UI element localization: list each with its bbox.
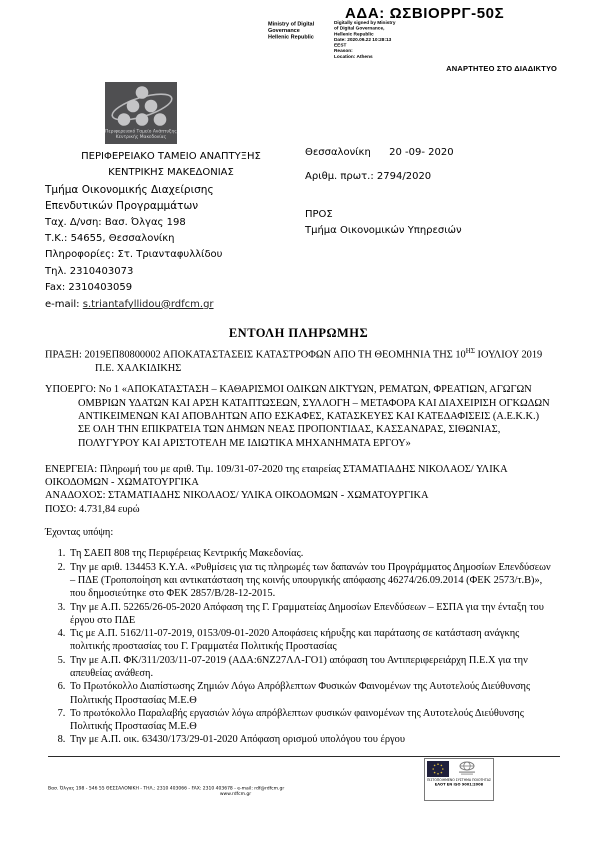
logo-caption-line1: Περιφερειακό Ταμείο Ανάπτυξης <box>105 128 177 135</box>
sender-phone: Τηλ. 2310403073 <box>45 264 297 280</box>
city: Θεσσαλονίκη <box>305 147 371 158</box>
digital-signature-text: Digitally signed by Ministry of Digital … <box>334 20 474 60</box>
praxi-ordinal-superscript: ΗΣ <box>466 347 475 355</box>
org-name-line1: ΠΕΡΙΦΕΡΕΙΑΚΟ ΤΑΜΕΙΟ ΑΝΑΠΤΥΞΗΣ <box>45 149 297 165</box>
document-date: 20 -09- 2020 <box>389 147 453 158</box>
footer-divider <box>48 756 560 757</box>
having-regard-label: Έχοντας υπόψη: <box>45 526 552 539</box>
sender-email-row: e-mail: s.triantafyllidou@rdfcm.gr <box>45 297 297 313</box>
email-label: e-mail: <box>45 299 80 310</box>
list-item: Την με Α.Π. οικ. 63430/173/29-01-2020 Απ… <box>68 733 552 746</box>
iso-certification-stamp: ΠΙΣΤΟΠΟΙΗΜΕΝΟ ΣΥΣΤΗΜΑ ΠΟΙΟΤΗΤΑΣ ΕΛΟΤ EN … <box>424 758 494 801</box>
logo-circle <box>118 113 131 126</box>
energeia-paragraph: ΕΝΕΡΓΕΙΑ: Πληρωμή του με αριθ. Τιμ. 109/… <box>45 463 552 490</box>
recipient-name: Τμήμα Οικονομικών Υπηρεσιών <box>305 225 462 236</box>
org-name-line2: ΚΕΝΤΡΙΚΗΣ ΜΑΚΕΔΟΝΙΑΣ <box>45 165 297 181</box>
logo-circle <box>136 86 149 99</box>
payment-order-document-page: ΑΔΑ: ΩΣΒΙΟΡΡΓ-50Σ Ministry of Digital Go… <box>0 0 595 842</box>
document-title: ΕΝΤΟΛΗ ΠΛΗΡΩΜΗΣ <box>45 327 552 340</box>
stamp-iso-text: ΕΛΟΤ EN ISO 9001:2008 <box>427 782 491 786</box>
footer-contact-block: Βασ. Όλγας 198 - 546 55 ΘΕΣΣΑΛΟΝΙΚΗ - ΤΗ… <box>48 786 423 802</box>
praxi-text: ΠΡΑΞΗ: 2019ΕΠ80800002 ΑΠΟΚΑΤΑΣΤΑΣΕΙΣ ΚΑΤ… <box>45 350 466 361</box>
logo-circle <box>154 113 167 126</box>
list-item: Την με αριθ. 134453 Κ.Υ.Α. «Ρυθμίσεις γι… <box>68 561 552 601</box>
sender-address: Ταχ. Δ/νση: Βασ. Όλγας 198 <box>45 215 297 231</box>
logo-circle <box>145 100 158 113</box>
department-line1: Τμήμα Οικονομικής Διαχείρισης <box>45 182 297 198</box>
sender-contact-person: Πληροφορίες: Στ. Τριανταφυλλίδου <box>45 247 297 263</box>
list-item: Την με Α.Π. 52265/26-05-2020 Απόφαση της… <box>68 601 552 628</box>
certification-emblem-icon <box>452 761 482 777</box>
email-link[interactable]: s.triantafyllidou@rdfcm.gr <box>83 299 214 310</box>
praxi-paragraph: ΠΡΑΞΗ: 2019ΕΠ80800002 ΑΠΟΚΑΤΑΣΤΑΣΕΙΣ ΚΑΤ… <box>45 345 552 375</box>
logo-circle <box>127 100 140 113</box>
rdf-logo-graphic: Περιφερειακό Ταμείο Ανάπτυξης Κεντρικής … <box>105 82 177 144</box>
recipient-label: ΠΡΟΣ <box>305 209 333 220</box>
logo-caption-line2: Κεντρικής Μακεδονίας <box>116 133 167 140</box>
stamp-text-block: ΠΙΣΤΟΠΟΙΗΜΕΝΟ ΣΥΣΤΗΜΑ ΠΟΙΟΤΗΤΑΣ ΕΛΟΤ EN … <box>427 778 491 796</box>
eu-flag-icon <box>427 761 449 777</box>
document-body: ΕΝΤΟΛΗ ΠΛΗΡΩΜΗΣ ΠΡΑΞΗ: 2019ΕΠ80800002 ΑΠ… <box>45 327 552 747</box>
stamp-logos <box>427 761 491 778</box>
footer-website-line: www.rdfcm.gr <box>48 791 423 796</box>
anadochos-paragraph: ΑΝΑΔΟΧΟΣ: ΣΤΑΜΑΤΙΑΔΗΣ ΝΙΚΟΛΑΟΣ/ ΥΛΙΚΑ ΟΙ… <box>45 489 552 502</box>
rdf-logo: Περιφερειακό Ταμείο Ανάπτυξης Κεντρικής … <box>105 82 177 149</box>
list-item: Τη ΣΑΕΠ 808 της Περιφέρειας Κεντρικής Μα… <box>68 547 552 560</box>
internet-publish-notice: ΑΝΑΡΤΗΤΕΟ ΣΤΟ ΔΙΑΔΙΚΤΥΟ <box>446 64 557 73</box>
city-date-row: Θεσσαλονίκη 20 -09- 2020 <box>305 147 454 158</box>
list-item: Το Πρωτόκολλο Διαπίστωσης Ζημιών Λόγω Απ… <box>68 680 552 707</box>
sender-fax: Fax: 2310403059 <box>45 280 297 296</box>
sender-postal-code: Τ.Κ.: 54655, Θεσσαλονίκη <box>45 231 297 247</box>
amount-paragraph: ΠΟΣΟ: 4.731,84 ευρώ <box>45 503 552 516</box>
logo-circle <box>136 113 149 126</box>
legal-references-list: Τη ΣΑΕΠ 808 της Περιφέρειας Κεντρικής Μα… <box>45 547 552 746</box>
ministry-name-block: Ministry of Digital Governance Hellenic … <box>268 21 338 61</box>
ministry-name-text: Ministry of Digital Governance Hellenic … <box>268 21 338 41</box>
digital-signature-details: Digitally signed by Ministry of Digital … <box>334 20 474 65</box>
protocol-number: Αριθμ. πρωτ.: 2794/2020 <box>305 171 431 182</box>
department-line2: Επενδυτικών Προγραμμάτων <box>45 198 297 214</box>
sender-block: ΠΕΡΙΦΕΡΕΙΑΚΟ ΤΑΜΕΙΟ ΑΝΑΠΤΥΞΗΣ ΚΕΝΤΡΙΚΗΣ … <box>45 149 297 313</box>
list-item: Το πρωτόκολλο Παραλαβής εργασιών λόγω απ… <box>68 707 552 734</box>
list-item: Την με Α.Π. ΦΚ/311/203/11-07-2019 (ΑΔΑ:6… <box>68 654 552 681</box>
ypoergo-paragraph: ΥΠΟΕΡΓΟ: Νο 1 «ΑΠΟΚΑΤΑΣΤΑΣΗ – ΚΑΘΑΡΙΣΜΟΙ… <box>45 383 552 449</box>
list-item: Τις με Α.Π. 5162/11-07-2019, 0153/09-01-… <box>68 627 552 654</box>
